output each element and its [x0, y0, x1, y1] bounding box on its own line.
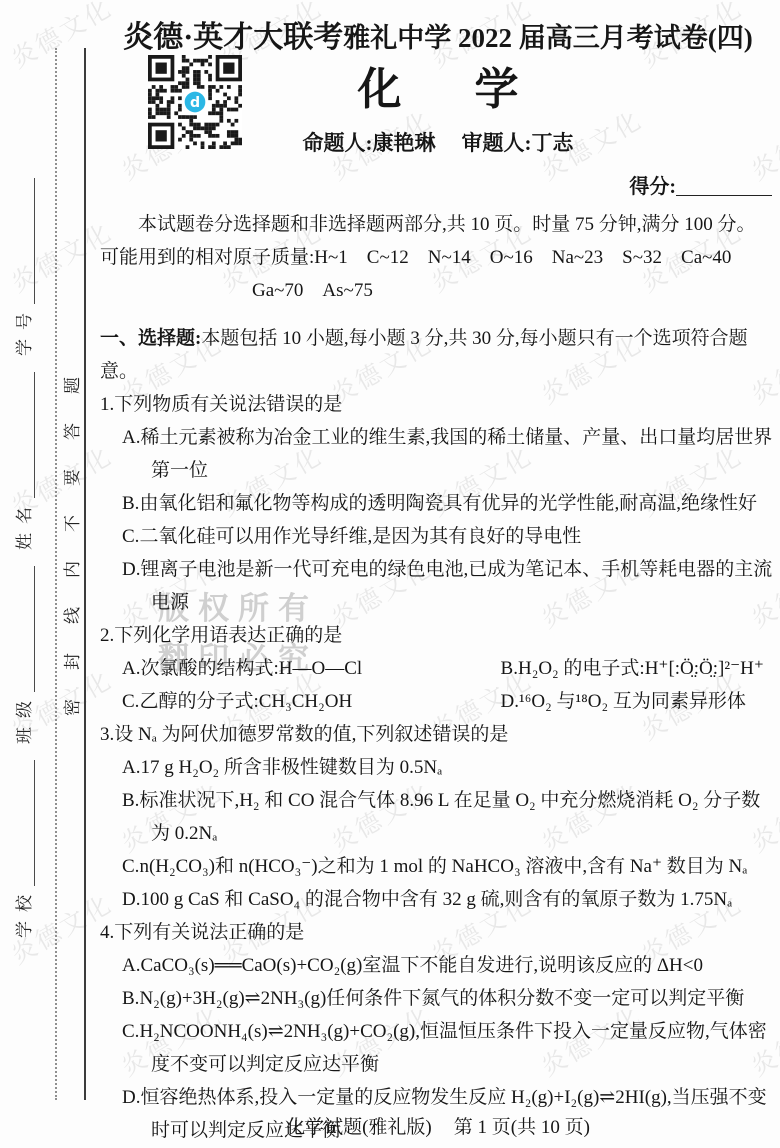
- option-text: 稀土元素被称为冶金工业的维生素,我国的稀土储量、产量、出口量均居世界第一位: [140, 427, 772, 481]
- seal-dotted-line: [55, 48, 57, 1100]
- option-label: A.: [122, 757, 140, 778]
- question-1-option-d: D.锂离子电池是新一代可充电的绿色电池,已成为笔记本、手机等耗电器的主流电源: [100, 553, 776, 619]
- option-text: 由氧化铝和氟化物等构成的透明陶瓷具有优异的光学性能,耐高温,绝缘性好: [139, 493, 757, 514]
- question-2-option-a: A.次氯酸的结构式:H—O—Cl: [100, 652, 479, 685]
- question-number: 1.: [100, 394, 114, 415]
- question-reviewer: 审题人:丁志: [462, 131, 574, 155]
- option-text: H₂O₂ 的电子式:H⁺[:Ö̤:Ö̤:]²⁻H⁺: [518, 658, 764, 679]
- question-3-option-d: D.100 g CaS 和 CaSO₄ 的混合物中含有 32 g 硫,则含有的氧…: [100, 883, 776, 916]
- question-number: 4.: [100, 922, 114, 943]
- svg-text:d: d: [190, 95, 200, 111]
- score-blank: [676, 173, 772, 196]
- question-stem-text: 设 Nₐ 为阿伏加德罗常数的值,下列叙述错误的是: [114, 724, 508, 745]
- class-field: 班级: [14, 556, 35, 744]
- section-heading: 一、选择题:本题包括 10 小题,每小题 3 分,共 30 分,每小题只有一个选…: [100, 322, 776, 388]
- option-label: B.: [122, 493, 139, 514]
- option-label: C.: [122, 526, 139, 547]
- option-text: 锂离子电池是新一代可充电的绿色电池,已成为笔记本、手机等耗电器的主流电源: [140, 559, 772, 613]
- atomic-mass-line2: Ga~70 As~75: [252, 274, 776, 307]
- option-text: 17 g H₂O₂ 所含非极性键数目为 0.5Nₐ: [140, 757, 442, 778]
- option-label: A.: [122, 658, 140, 679]
- name-field: 姓名: [14, 362, 35, 550]
- page-footer: 化学试题(雅礼版)第 1 页(共 10 页): [100, 1115, 776, 1141]
- option-text: CaCO₃(s)══CaO(s)+CO₂(g)室温下不能自发进行,说明该反应的 …: [140, 955, 703, 976]
- option-label: C.: [122, 691, 139, 712]
- option-text: 乙醇的分子式:CH₃CH₂OH: [139, 691, 352, 712]
- question-4-option-a: A.CaCO₃(s)══CaO(s)+CO₂(g)室温下不能自发进行,说明该反应…: [100, 949, 776, 982]
- option-text: 二氧化硅可以用作光导纤维,是因为其有良好的导电性: [139, 526, 581, 547]
- margin-solid-line: [84, 48, 86, 1100]
- question-stem-text: 下列有关说法正确的是: [114, 922, 304, 943]
- option-label: D.: [501, 691, 519, 712]
- page-title: 炎德·英才大联考雅礼中学 2022 届高三月考试卷(四): [100, 20, 776, 56]
- score-row: 得分:: [100, 173, 776, 201]
- option-label: B.: [501, 658, 518, 679]
- option-text: ¹⁶O₂ 与¹⁸O₂ 互为同素异形体: [519, 691, 746, 712]
- school-field: 学校: [14, 750, 35, 938]
- option-label: D.: [122, 559, 140, 580]
- option-text: 100 g CaS 和 CaSO₄ 的混合物中含有 32 g 硫,则含有的氧原子…: [140, 889, 732, 910]
- question-4-option-b: B.N₂(g)+3H₂(g)⇌2NH₃(g)任何条件下氮气的体积分数不变一定可以…: [100, 982, 776, 1015]
- series-title: 炎德·英才大联考: [123, 21, 343, 54]
- footer-page-number: 第 1 页(共 10 页): [454, 1117, 590, 1138]
- footer-doc-label: 化学试题(雅礼版): [286, 1117, 432, 1138]
- question-stem-text: 下列化学用语表达正确的是: [114, 625, 342, 646]
- question-number: 3.: [100, 724, 114, 745]
- option-label: B.: [122, 790, 139, 811]
- question-3-option-c: C.n(H₂CO₃)和 n(HCO₃⁻)之和为 1 mol 的 NaHCO₃ 溶…: [100, 850, 776, 883]
- question-3: 3.设 Nₐ 为阿伏加德罗常数的值,下列叙述错误的是 A.17 g H₂O₂ 所…: [100, 718, 776, 916]
- section-heading-label: 一、选择题:: [100, 328, 201, 349]
- question-4-stem: 4.下列有关说法正确的是: [100, 916, 776, 949]
- option-text: n(H₂CO₃)和 n(HCO₃⁻)之和为 1 mol 的 NaHCO₃ 溶液中…: [139, 856, 747, 877]
- question-2: 2.下列化学用语表达正确的是 A.次氯酸的结构式:H—O—Cl B.H₂O₂ 的…: [100, 619, 776, 718]
- question-3-stem: 3.设 Nₐ 为阿伏加德罗常数的值,下列叙述错误的是: [100, 718, 776, 751]
- option-label: A.: [122, 955, 140, 976]
- option-text: N₂(g)+3H₂(g)⇌2NH₃(g)任何条件下氮气的体积分数不变一定可以判定…: [139, 988, 744, 1009]
- question-2-option-b: B.H₂O₂ 的电子式:H⁺[:Ö̤:Ö̤:]²⁻H⁺: [479, 652, 776, 685]
- question-1-option-c: C.二氧化硅可以用作光导纤维,是因为其有良好的导电性: [100, 520, 776, 553]
- option-label: D.: [122, 1087, 140, 1108]
- student-id-label: 学号: [14, 304, 35, 356]
- class-label: 班级: [14, 692, 35, 744]
- question-stem-text: 下列物质有关说法错误的是: [114, 394, 342, 415]
- question-2-option-d: D.¹⁶O₂ 与¹⁸O₂ 互为同素异形体: [479, 685, 776, 718]
- option-label: B.: [122, 988, 139, 1009]
- question-3-option-a: A.17 g H₂O₂ 所含非极性键数目为 0.5Nₐ: [100, 751, 776, 784]
- question-number: 2.: [100, 625, 114, 646]
- atomic-mass-line1: 可能用到的相对原子质量:H~1 C~12 N~14 O~16 Na~23 S~3…: [100, 241, 776, 274]
- option-label: D.: [122, 889, 140, 910]
- atomic-mass-label: 可能用到的相对原子质量:: [100, 247, 314, 268]
- question-4: 4.下列有关说法正确的是 A.CaCO₃(s)══CaO(s)+CO₂(g)室温…: [100, 916, 776, 1147]
- exam-paper-page: 版权所有 翻印必究 炎德文化炎德文化炎德文化炎德文化炎德文化炎德文化炎德文化炎德…: [0, 0, 780, 1148]
- student-id-field: 学号: [14, 168, 35, 356]
- question-1-stem: 1.下列物质有关说法错误的是: [100, 388, 776, 421]
- option-text: 标准状况下,H₂ 和 CO 混合气体 8.96 L 在足量 O₂ 中充分燃烧消耗…: [139, 790, 760, 844]
- score-label: 得分:: [629, 176, 676, 198]
- exam-title: 雅礼中学 2022 届高三月考试卷(四): [343, 23, 752, 53]
- atomic-mass-values1: H~1 C~12 N~14 O~16 Na~23 S~32 Ca~40: [314, 247, 731, 268]
- student-id-blank: [14, 178, 35, 304]
- exam-summary: 本试题卷分选择题和非选择题两部分,共 10 页。时量 75 分钟,满分 100 …: [100, 208, 776, 241]
- qr-code-image: d: [148, 55, 242, 149]
- question-1-option-a: A.稀土元素被称为冶金工业的维生素,我国的稀土储量、产量、出口量均居世界第一位: [100, 421, 776, 487]
- class-blank: [14, 566, 35, 692]
- option-text: 次氯酸的结构式:H—O—Cl: [140, 658, 362, 679]
- school-label: 学校: [14, 886, 35, 938]
- option-text: H₂NCOONH₄(s)⇌2NH₃(g)+CO₂(g),恒温恒压条件下投入一定量…: [139, 1021, 766, 1075]
- question-setter: 命题人:康艳琳: [303, 131, 436, 155]
- question-4-option-c: C.H₂NCOONH₄(s)⇌2NH₃(g)+CO₂(g),恒温恒压条件下投入一…: [100, 1015, 776, 1081]
- name-blank: [14, 372, 35, 498]
- name-label: 姓名: [14, 498, 35, 550]
- question-2-stem: 2.下列化学用语表达正确的是: [100, 619, 776, 652]
- option-label: A.: [122, 427, 140, 448]
- main-content: 炎德·英才大联考雅礼中学 2022 届高三月考试卷(四) d 化 学 命题人:康…: [100, 0, 776, 1147]
- question-3-option-b: B.标准状况下,H₂ 和 CO 混合气体 8.96 L 在足量 O₂ 中充分燃烧…: [100, 784, 776, 850]
- question-1-option-b: B.由氧化铝和氟化物等构成的透明陶瓷具有优异的光学性能,耐高温,绝缘性好: [100, 487, 776, 520]
- question-1: 1.下列物质有关说法错误的是 A.稀土元素被称为冶金工业的维生素,我国的稀土储量…: [100, 388, 776, 619]
- seal-line-text: 密封线内不要答题: [58, 344, 83, 716]
- option-label: C.: [122, 856, 139, 877]
- option-label: C.: [122, 1021, 139, 1042]
- question-2-option-c: C.乙醇的分子式:CH₃CH₂OH: [100, 685, 479, 718]
- school-blank: [14, 760, 35, 886]
- student-info-fields: 学校 班级 姓名 学号: [14, 93, 35, 938]
